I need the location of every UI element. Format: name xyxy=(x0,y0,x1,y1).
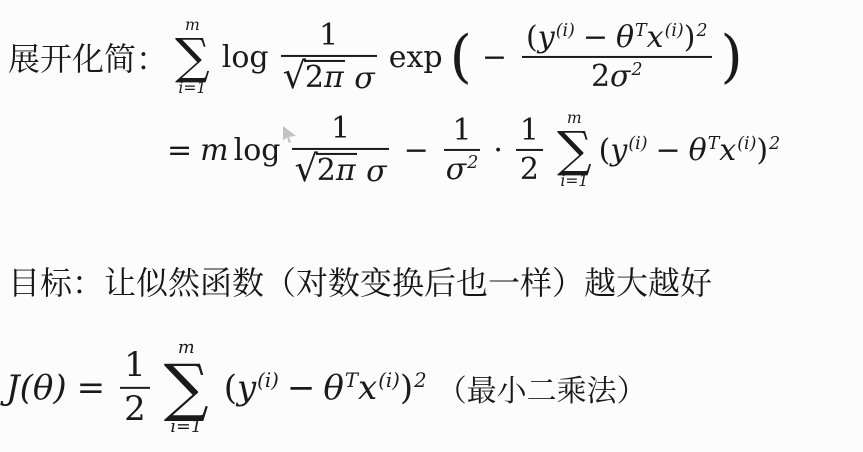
squared-error-term: (y(i)−θTx(i))2 xyxy=(599,132,780,167)
var-m: m xyxy=(200,132,228,167)
var-x: x xyxy=(719,132,736,167)
gaussian-normalizer-fraction: 1 √ 2π σ xyxy=(281,20,377,94)
formula-likelihood-expansion: 展开化简： m ∑ i=1 log 1 √ 2π σ exp ( − (y(i)… xyxy=(8,16,745,98)
var-sigma: σ xyxy=(610,59,630,94)
log-operator: log xyxy=(234,132,281,167)
var-pi: π xyxy=(336,152,356,187)
summation: m ∑ i=1 xyxy=(557,109,592,191)
center-dot: · xyxy=(493,132,503,167)
fraction-bar xyxy=(522,56,711,58)
var-theta: θ xyxy=(689,132,707,167)
square-root: √ 2π xyxy=(294,152,356,186)
sum-lower-limit: i=1 xyxy=(560,172,588,191)
sum-lower-limit: i=1 xyxy=(178,79,206,98)
var-sigma: σ xyxy=(366,153,386,188)
var-y: y xyxy=(610,132,627,167)
fraction-bar xyxy=(516,149,543,151)
formula-cost-function: J(θ) = 1 2 m ∑ i=1 (y(i)−θTx(i))2 （最小二乘法… xyxy=(6,338,647,438)
var-theta: θ xyxy=(323,368,343,408)
exponent-fraction: (y(i)−θTx(i))2 2σ2 xyxy=(522,21,711,92)
close-paren: ) xyxy=(721,28,743,85)
radical-sign: √ xyxy=(283,59,306,90)
squared-error-term: (y(i)−θTx(i))2 xyxy=(526,21,707,53)
var-theta: θ xyxy=(616,19,634,54)
summation: m ∑ i=1 xyxy=(175,16,210,98)
expand-label: 展开化简： xyxy=(8,34,168,80)
radical-sign: √ xyxy=(294,152,317,183)
squared-error-term: (y(i)−θTx(i))2 xyxy=(224,368,427,408)
var-x: x xyxy=(647,19,664,54)
summation: m ∑ i=1 xyxy=(164,338,209,438)
sum-lower-limit: i=1 xyxy=(170,417,202,438)
var-sigma: σ xyxy=(354,60,374,95)
fraction-bar xyxy=(444,149,481,151)
var-y: y xyxy=(237,368,256,408)
var-sigma: σ xyxy=(446,152,466,187)
formula-simplified: = m log 1 √ 2π σ − 1 σ2 · 1 2 m xyxy=(167,109,780,191)
var-pi: π xyxy=(324,59,344,94)
sigma-sum-icon: ∑ xyxy=(557,128,592,173)
inverse-variance-fraction: 1 σ2 xyxy=(444,114,481,185)
lecture-notes-slide: 展开化简： m ∑ i=1 log 1 √ 2π σ exp ( − (y(i)… xyxy=(0,0,863,452)
sigma-sum-icon: ∑ xyxy=(164,359,209,417)
one-half-fraction: 1 2 xyxy=(516,114,543,185)
equals-sign: = xyxy=(167,132,192,167)
gaussian-normalizer-fraction: 1 √ 2π σ xyxy=(292,113,388,187)
var-y: y xyxy=(538,19,555,54)
sigma-sum-icon: ∑ xyxy=(175,35,210,80)
goal-statement: 目标：让似然函数（对数变换后也一样）越大越好 xyxy=(8,258,712,304)
log-operator: log xyxy=(222,39,269,74)
least-squares-annotation: （最小二乘法） xyxy=(437,366,647,410)
minus-sign: − xyxy=(482,39,507,74)
one-half-fraction: 1 2 xyxy=(120,348,150,427)
exp-operator: exp xyxy=(389,39,443,74)
minus-sign: − xyxy=(404,132,429,167)
square-root: √ 2π xyxy=(283,59,345,93)
cost-function-lhs: J(θ) xyxy=(6,368,67,408)
equals-sign: = xyxy=(77,368,106,408)
var-x: x xyxy=(358,368,377,408)
open-paren: ( xyxy=(450,28,472,85)
